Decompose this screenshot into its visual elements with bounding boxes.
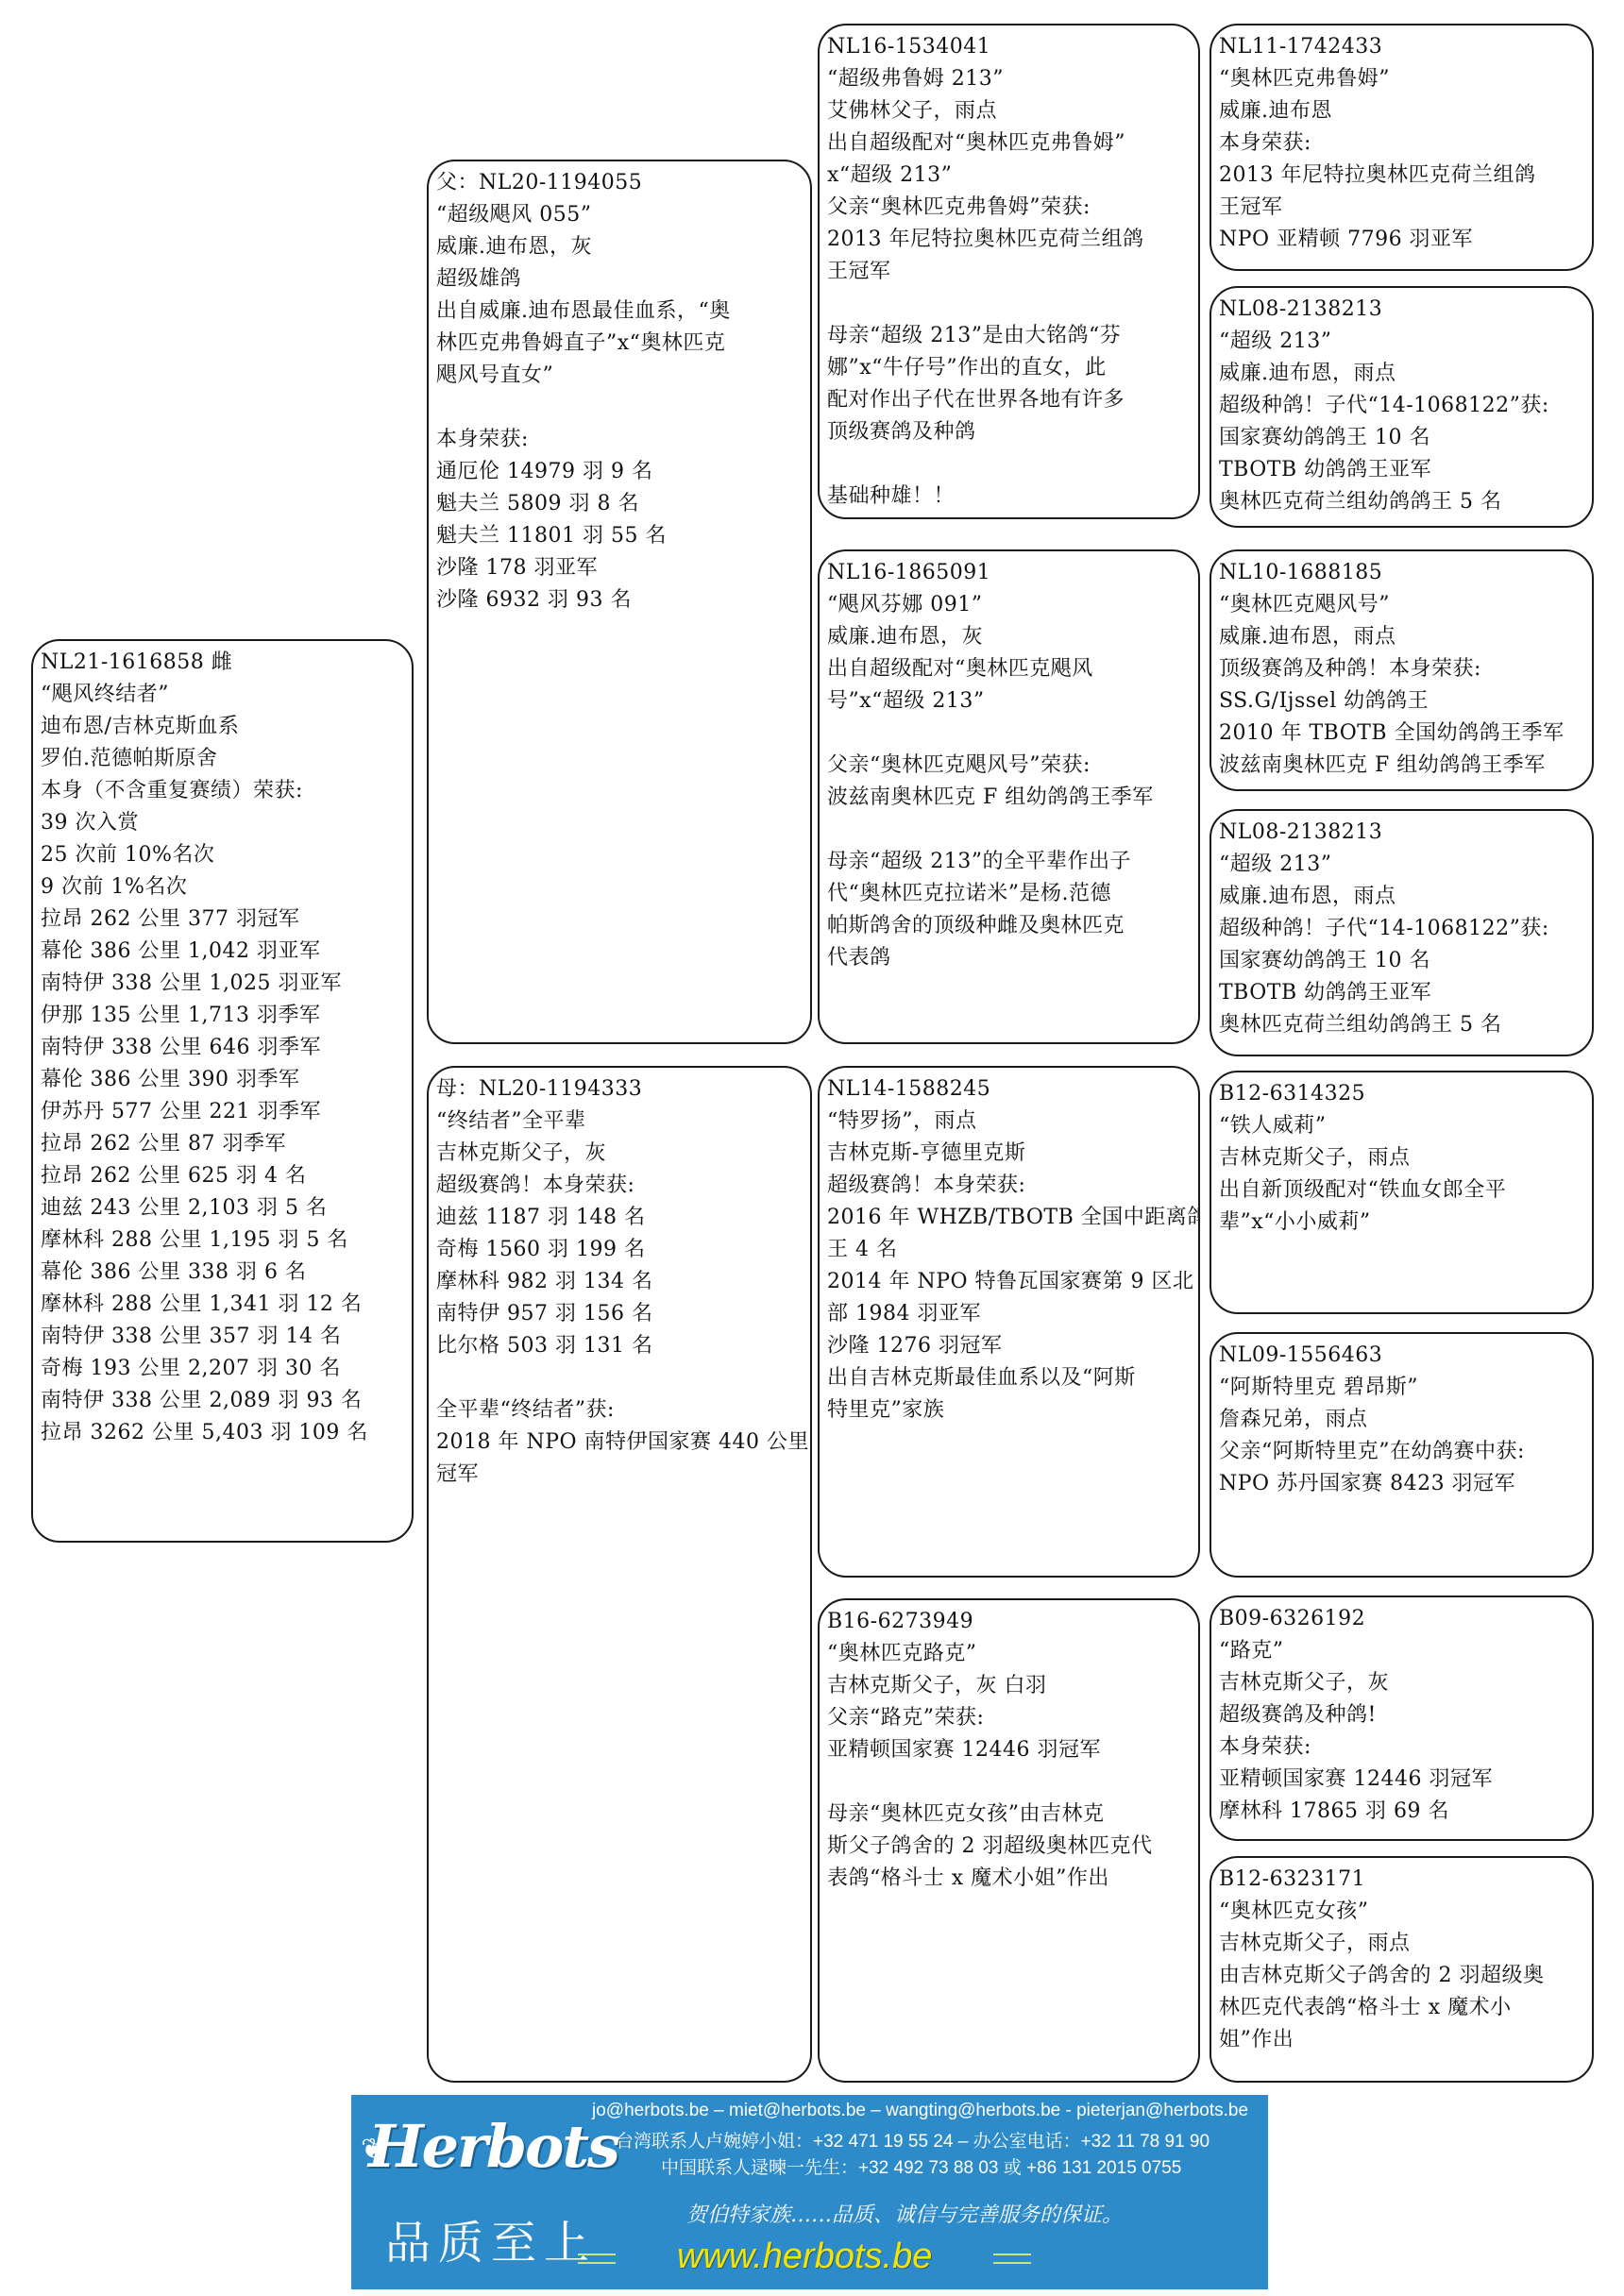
card-line: 超级赛鸽及种鸽!: [1219, 1699, 1586, 1731]
card-line: 超级种鸽！子代“14-1068122”获:: [1219, 913, 1586, 945]
spacer: [827, 814, 1193, 846]
pedigree-great-grandparent-card: B12-6314325 “铁人威莉”吉林克斯父子，雨点出自新顶级配对“铁血女郎全…: [1210, 1071, 1594, 1314]
ring-number: B16-6273949: [827, 1606, 1193, 1638]
card-line: 辈”x“小小威莉”: [1219, 1207, 1586, 1239]
ring-number: NL10-1688185: [1219, 557, 1586, 589]
pedigree-great-grandparent-card: NL08-2138213 “超级 213”威廉.迪布恩，雨点超级种鸽！子代“14…: [1210, 809, 1594, 1056]
card-line: 林匹克弗鲁姆直子”x“奥林匹克: [436, 328, 804, 360]
card-line: 摩林科 288 公里 1,341 羽 12 名: [41, 1289, 406, 1321]
card-line: 顶级赛鸽及种鸽: [827, 416, 1193, 448]
pedigree-great-grandparent-card: NL10-1688185 “奥林匹克飓风号”威廉.迪布恩，雨点顶级赛鸽及种鸽！本…: [1210, 549, 1594, 791]
ring-number: NL08-2138213: [1219, 294, 1586, 326]
ring-number: 父：NL20-1194055: [436, 167, 804, 199]
card-line: “超级 213”: [1219, 849, 1586, 881]
pedigree-subject-card: NL21-1616858 雌 “飓风终结者”迪布恩/吉林克斯血系罗伯.范德帕斯原…: [31, 639, 414, 1543]
ring-number: B09-6326192: [1219, 1603, 1586, 1635]
ring-number: NL21-1616858 雌: [41, 647, 406, 679]
card-line: 南特伊 338 公里 357 羽 14 名: [41, 1321, 406, 1353]
card-line: 代“奥林匹克拉诺米”是杨.范德: [827, 878, 1193, 910]
card-line: 出自新顶级配对“铁血女郎全平: [1219, 1174, 1586, 1207]
ring-number: NL08-2138213: [1219, 817, 1586, 849]
card-line: 帕斯鸽舍的顶级种雌及奥林匹克: [827, 910, 1193, 942]
ring-number: NL16-1865091: [827, 557, 1193, 589]
card-line: 号”x“超级 213”: [827, 685, 1193, 717]
card-line: 9 次前 1%名次: [41, 871, 406, 903]
card-line: 吉林克斯-亨德里克斯: [827, 1138, 1193, 1170]
card-line: 罗伯.范德帕斯原舍: [41, 743, 406, 775]
card-line: 幕伦 386 公里 1,042 羽亚军: [41, 936, 406, 968]
card-line: “奥林匹克路克”: [827, 1638, 1193, 1670]
card-line: 威廉.迪布恩，雨点: [1219, 621, 1586, 653]
card-line: 2013 年尼特拉奥林匹克荷兰组鸽: [1219, 160, 1586, 192]
card-line: 冠军: [436, 1459, 804, 1491]
contact-china: 中国联系人逯暕一先生：+32 492 73 88 03 或 +86 131 20…: [661, 2153, 1181, 2179]
card-line: 拉昂 262 公里 625 羽 4 名: [41, 1160, 406, 1192]
card-line: “奥林匹克女孩”: [1219, 1896, 1586, 1928]
card-line: 2013 年尼特拉奥林匹克荷兰组鸽: [827, 224, 1193, 256]
card-line: 斯父子鸽舍的 2 羽超级奥林匹克代: [827, 1831, 1193, 1863]
ring-number: NL09-1556463: [1219, 1340, 1586, 1372]
card-line: 飓风号直女”: [436, 360, 804, 392]
card-line: 拉昂 262 公里 87 羽季军: [41, 1128, 406, 1160]
card-line: 出自吉林克斯最佳血系以及“阿斯: [827, 1362, 1193, 1394]
card-line: 超级种鸽！子代“14-1068122”获:: [1219, 390, 1586, 422]
card-line: 表鸽“格斗士 x 魔术小姐”作出: [827, 1863, 1193, 1895]
card-line: 父亲“路克”荣获:: [827, 1702, 1193, 1734]
card-line: “奥林匹克弗鲁姆”: [1219, 63, 1586, 95]
card-line: 摩林科 288 公里 1,195 羽 5 名: [41, 1224, 406, 1257]
spacer: [827, 1766, 1193, 1798]
card-line: “飓风终结者”: [41, 679, 406, 711]
card-line: 父亲“奥林匹克飓风号”荣获:: [827, 750, 1193, 782]
card-line: 南特伊 957 羽 156 名: [436, 1298, 804, 1330]
card-line: 出自超级配对“奥林匹克弗鲁姆”: [827, 127, 1193, 160]
card-line: “铁人威莉”: [1219, 1110, 1586, 1142]
card-line: x“超级 213”: [827, 160, 1193, 192]
spacer: [436, 1362, 804, 1394]
card-line: 幕伦 386 公里 338 羽 6 名: [41, 1257, 406, 1289]
card-line: 基础种雄！！: [827, 481, 1193, 513]
card-line: 由吉林克斯父子鸽舍的 2 羽超级奥: [1219, 1960, 1586, 1992]
card-line: 拉昂 262 公里 377 羽冠军: [41, 903, 406, 936]
card-line: 顶级赛鸽及种鸽！本身荣获:: [1219, 653, 1586, 685]
pedigree-great-grandparent-card: NL09-1556463 “阿斯特里克 碧昂斯”詹森兄弟，雨点父亲“阿斯特里克”…: [1210, 1332, 1594, 1578]
card-line: 迪兹 243 公里 2,103 羽 5 名: [41, 1192, 406, 1224]
card-line: “飓风芬娜 091”: [827, 589, 1193, 621]
card-line: 詹森兄弟，雨点: [1219, 1404, 1586, 1436]
ring-number: B12-6323171: [1219, 1864, 1586, 1896]
card-line: 部 1984 羽亚军: [827, 1298, 1193, 1330]
card-line: 通厄伦 14979 羽 9 名: [436, 456, 804, 488]
card-line: 2016 年 WHZB/TBOTB 全国中距离鸽: [827, 1202, 1193, 1234]
spacer: [827, 448, 1193, 481]
card-line: 母亲“超级 213”的全平辈作出子: [827, 846, 1193, 878]
card-line: 父亲“奥林匹克弗鲁姆”荣获:: [827, 192, 1193, 224]
card-line: 奥林匹克荷兰组幼鸽鸽王 5 名: [1219, 1009, 1586, 1041]
card-line: 超级赛鸽！本身荣获:: [827, 1170, 1193, 1202]
decorative-rule-left: [578, 2254, 616, 2264]
card-line: “超级弗鲁姆 213”: [827, 63, 1193, 95]
card-line: 威廉.迪布恩，雨点: [1219, 358, 1586, 390]
card-line: 母亲“奥林匹克女孩”由吉林克: [827, 1798, 1193, 1831]
card-line: 摩林科 982 羽 134 名: [436, 1266, 804, 1298]
card-line: 出自威廉.迪布恩最佳血系，“奥: [436, 295, 804, 328]
card-line: “路克”: [1219, 1635, 1586, 1667]
card-line: 伊那 135 公里 1,713 羽季军: [41, 1000, 406, 1032]
card-line: 林匹克代表鸽“格斗士 x 魔术小: [1219, 1992, 1586, 2024]
spacer: [436, 392, 804, 424]
pedigree-sire-card: 父：NL20-1194055 “超级飓风 055”威廉.迪布恩，灰超级雄鸽出自威…: [427, 160, 812, 1044]
card-line: 摩林科 17865 羽 69 名: [1219, 1796, 1586, 1828]
card-line: 本身荣获:: [1219, 127, 1586, 160]
brand-tagline: 贺伯特家族……品质、诚信与完善服务的保证。: [686, 2199, 1123, 2228]
card-line: 国家赛幼鸽鸽王 10 名: [1219, 422, 1586, 454]
card-line: 魁夫兰 11801 羽 55 名: [436, 520, 804, 552]
card-line: 迪兹 1187 羽 148 名: [436, 1202, 804, 1234]
card-line: 亚精顿国家赛 12446 羽冠军: [1219, 1764, 1586, 1796]
card-line: 代表鸽: [827, 942, 1193, 974]
card-line: 特里克”家族: [827, 1394, 1193, 1427]
pedigree-great-grandparent-card: NL08-2138213 “超级 213”威廉.迪布恩，雨点超级种鸽！子代“14…: [1210, 286, 1594, 528]
herbots-banner: ❦ Herbots 品质至上 jo@herbots.be – miet@herb…: [351, 2095, 1268, 2289]
card-line: TBOTB 幼鸽鸽王亚军: [1219, 454, 1586, 486]
card-line: 吉林克斯父子，灰 白羽: [827, 1670, 1193, 1702]
card-line: 本身（不含重复赛绩）荣获:: [41, 775, 406, 807]
ring-number: B12-6314325: [1219, 1078, 1586, 1110]
card-line: 比尔格 503 羽 131 名: [436, 1330, 804, 1362]
card-line: 亚精顿国家赛 12446 羽冠军: [827, 1734, 1193, 1766]
card-line: 配对作出子代在世界各地有许多: [827, 384, 1193, 416]
card-line: 迪布恩/吉林克斯血系: [41, 711, 406, 743]
card-line: 超级雄鸽: [436, 263, 804, 295]
card-line: 沙隆 1276 羽冠军: [827, 1330, 1193, 1362]
card-line: 出自超级配对“奥林匹克飓风: [827, 653, 1193, 685]
decorative-rule-right: [993, 2254, 1031, 2264]
card-line: 南特伊 338 公里 2,089 羽 93 名: [41, 1385, 406, 1417]
card-line: 沙隆 178 羽亚军: [436, 552, 804, 584]
card-line: 全平辈“终结者”获:: [436, 1394, 804, 1427]
card-line: 威廉.迪布恩，灰: [436, 231, 804, 263]
card-line: 沙隆 6932 羽 93 名: [436, 584, 804, 616]
card-line: 王冠军: [827, 256, 1193, 288]
card-line: 幕伦 386 公里 390 羽季军: [41, 1064, 406, 1096]
card-line: “超级飓风 055”: [436, 199, 804, 231]
card-line: 威廉.迪布恩，灰: [827, 621, 1193, 653]
pedigree-great-grandparent-card: B09-6326192 “路克”吉林克斯父子，灰超级赛鸽及种鸽!本身荣获:亚精顿…: [1210, 1595, 1594, 1841]
website-link[interactable]: www.herbots.be: [677, 2237, 932, 2277]
ring-number: 母：NL20-1194333: [436, 1073, 804, 1106]
card-line: 2018 年 NPO 南特伊国家赛 440 公里: [436, 1427, 804, 1459]
card-line: “阿斯特里克 碧昂斯”: [1219, 1372, 1586, 1404]
ring-number: NL16-1534041: [827, 31, 1193, 63]
pedigree-grandparent-card: NL14-1588245 “特罗扬”，雨点吉林克斯-亨德里克斯超级赛鸽！本身荣获…: [818, 1066, 1200, 1578]
card-line: 超级赛鸽！本身荣获:: [436, 1170, 804, 1202]
card-line: 奇梅 193 公里 2,207 羽 30 名: [41, 1353, 406, 1385]
card-line: “终结者”全平辈: [436, 1106, 804, 1138]
card-line: “特罗扬”，雨点: [827, 1106, 1193, 1138]
card-line: 39 次入赏: [41, 807, 406, 839]
card-line: 本身荣获:: [436, 424, 804, 456]
card-line: 魁夫兰 5809 羽 8 名: [436, 488, 804, 520]
card-line: 拉昂 3262 公里 5,403 羽 109 名: [41, 1417, 406, 1449]
pedigree-grandparent-card: B16-6273949 “奥林匹克路克”吉林克斯父子，灰 白羽父亲“路克”荣获:…: [818, 1598, 1200, 2083]
spacer: [827, 288, 1193, 320]
card-line: 2010 年 TBOTB 全国幼鸽鸽王季军: [1219, 717, 1586, 750]
card-line: 父亲“阿斯特里克”在幼鸽赛中获:: [1219, 1436, 1586, 1468]
card-line: 国家赛幼鸽鸽王 10 名: [1219, 945, 1586, 977]
brand-slogan: 品质至上: [385, 2206, 597, 2271]
card-line: 母亲“超级 213”是由大铭鸽“芬: [827, 320, 1193, 352]
spacer: [827, 717, 1193, 750]
card-line: 波兹南奥林匹克 F 组幼鸽鸽王季军: [827, 782, 1193, 814]
card-line: 王冠军: [1219, 192, 1586, 224]
card-line: 吉林克斯父子，灰: [436, 1138, 804, 1170]
card-line: 波兹南奥林匹克 F 组幼鸽鸽王季军: [1219, 750, 1586, 782]
contact-emails[interactable]: jo@herbots.be – miet@herbots.be – wangti…: [592, 2101, 1248, 2121]
card-line: 威廉.迪布恩，雨点: [1219, 881, 1586, 913]
pedigree-grandparent-card: NL16-1534041 “超级弗鲁姆 213”艾佛林父子，雨点出自超级配对“奥…: [818, 24, 1200, 519]
ring-number: NL14-1588245: [827, 1073, 1193, 1106]
card-line: “奥林匹克飓风号”: [1219, 589, 1586, 621]
card-line: 本身荣获:: [1219, 1731, 1586, 1764]
card-line: 娜”x“牛仔号”作出的直女，此: [827, 352, 1193, 384]
card-line: 25 次前 10%名次: [41, 839, 406, 871]
contact-taiwan: 台湾联系人卢婉婷小姐：+32 471 19 55 24 – 办公室电话：+32 …: [616, 2127, 1210, 2152]
pedigree-grandparent-card: NL16-1865091 “飓风芬娜 091”威廉.迪布恩，灰出自超级配对“奥林…: [818, 549, 1200, 1044]
card-line: “超级 213”: [1219, 326, 1586, 358]
card-line: NPO 苏丹国家赛 8423 羽冠军: [1219, 1468, 1586, 1500]
card-line: 南特伊 338 公里 1,025 羽亚军: [41, 968, 406, 1000]
card-line: NPO 亚精顿 7796 羽亚军: [1219, 224, 1586, 256]
card-line: 艾佛林父子，雨点: [827, 95, 1193, 127]
card-line: 2014 年 NPO 特鲁瓦国家赛第 9 区北: [827, 1266, 1193, 1298]
card-line: SS.G/Ijssel 幼鸽鸽王: [1219, 685, 1586, 717]
card-line: 王 4 名: [827, 1234, 1193, 1266]
card-line: 吉林克斯父子，灰: [1219, 1667, 1586, 1699]
card-line: 奥林匹克荷兰组幼鸽鸽王 5 名: [1219, 486, 1586, 518]
pedigree-dam-card: 母：NL20-1194333 “终结者”全平辈吉林克斯父子，灰超级赛鸽！本身荣获…: [427, 1066, 812, 2083]
card-line: 奇梅 1560 羽 199 名: [436, 1234, 804, 1266]
card-line: TBOTB 幼鸽鸽王亚军: [1219, 977, 1586, 1009]
card-line: 吉林克斯父子，雨点: [1219, 1142, 1586, 1174]
pedigree-great-grandparent-card: NL11-1742433 “奥林匹克弗鲁姆”威廉.迪布恩本身荣获:2013 年尼…: [1210, 24, 1594, 271]
card-line: 吉林克斯父子，雨点: [1219, 1928, 1586, 1960]
card-line: 伊苏丹 577 公里 221 羽季军: [41, 1096, 406, 1128]
ring-number: NL11-1742433: [1219, 31, 1586, 63]
brand-logo: Herbots: [368, 2112, 618, 2181]
card-line: 姐”作出: [1219, 2024, 1586, 2056]
card-line: 威廉.迪布恩: [1219, 95, 1586, 127]
card-line: 南特伊 338 公里 646 羽季军: [41, 1032, 406, 1064]
pedigree-great-grandparent-card: B12-6323171 “奥林匹克女孩”吉林克斯父子，雨点由吉林克斯父子鸽舍的 …: [1210, 1856, 1594, 2083]
